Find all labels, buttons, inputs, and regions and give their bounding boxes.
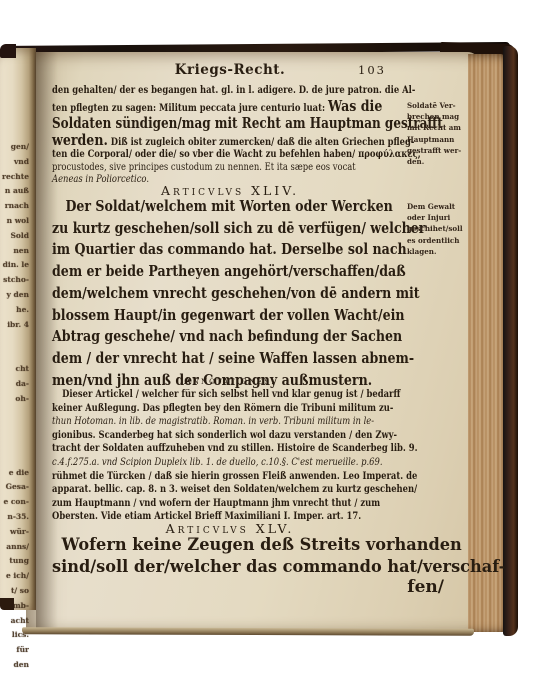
book-photo: gen/vndrechten außrnachn wolSoldnendin. … [0,0,548,700]
catchword: fen/ [52,577,444,597]
intro-line-segment: ten pflegten zu sagen: Militum peccata j… [52,103,328,114]
annotation-line-latin: c.4.f.275.a. vnd Scipion Dupleix lib. 1.… [52,456,351,470]
left-page-fragment: n auß [0,184,29,199]
annotation-line: zum Hauptmann / vnd wofern der Hauptmann… [52,497,351,511]
left-page-fragment: wür- [0,525,29,540]
left-page-fragment: Gesa- [0,480,29,495]
annotation-line-latin: thun Hotoman. in lib. de magistratib. Ro… [52,415,351,429]
annotation-line: Dieser Artickel / welcher für sich selbs… [52,388,351,402]
margin-note-line: klagen. [407,246,458,257]
left-page-fragment: y den [0,288,29,303]
margin-note-line: es ordentlich [407,235,458,246]
article-44-line: im Quartier das commando hat. Derselbe s… [52,239,351,261]
book-bottom-page-edge [22,627,474,636]
left-page-fragment: cht [0,362,29,377]
left-page-fragment: oh- [0,392,29,407]
left-page-fragment: anns/ [0,540,29,555]
left-page-fragment: e ich/ [0,569,29,584]
left-page-fragment [0,347,29,362]
margin-note-line: geschihet/soll [407,223,458,234]
left-page-fragment: rechte [0,170,29,185]
book-cover-left-bottom-corner [0,598,14,610]
left-page-fragment: tung [0,554,29,569]
intro-line: werden. Diß ist zugleich obiter zumercke… [52,133,351,148]
margin-note-line: Soldatẽ Ver- [407,100,458,111]
article-44-line: Der Soldat/welchem mit Worten oder Werck… [52,196,351,218]
annotations-body: Dieser Artickel / welcher für sich selbs… [52,388,408,524]
intro-line-segment-large: werden. [52,131,108,149]
annotations-heading: Annotationes. [52,376,408,387]
article-44-line: dem/welchem vnrecht geschehen/von dē and… [52,283,351,305]
intro-line-segment: Diß ist zugleich obiter zumercken/ daß d… [108,137,414,148]
annotation-line: tracht der Soldaten auffzuheben vnd zu s… [52,442,351,456]
left-page-fragment: e die [0,466,29,481]
page-header-title: Kriegs-Recht. [120,62,340,78]
left-page-fragment: he. An- [0,303,29,318]
book-cover-right-edge [503,46,518,636]
intro-paragraph: den gehalten/ der es begangen hat. gl. i… [52,84,408,187]
intro-line: ten die Corporal/ oder die/ so vber die … [52,148,351,162]
book-fore-edge-pages [468,54,506,632]
article-44-line: Abtrag geschehe/ vnd nach befindung der … [52,326,351,348]
left-page-fragment: vnd [0,155,29,170]
article-44-line: dem er beide Partheyen angehört/verschaf… [52,261,351,283]
left-page-fragment: stcho- [0,273,29,288]
intro-line: ten pflegten zu sagen: Militum peccata j… [52,98,351,114]
left-page-fragment: t/ so [0,584,29,599]
left-page-fragment [0,421,29,436]
annotation-line: keiner Außlegung. Das pflegten bey den R… [52,402,351,416]
margin-note-line: oder Injuri [407,212,458,223]
article-44-line: dem / der vnrecht hat / seine Waffen las… [52,348,351,370]
margin-note-line: brechen mag [407,111,458,122]
margin-note-line: Dem Gewalt [407,201,458,212]
left-page-fragment: nen [0,244,29,259]
intro-line-segment-large: Was die [328,97,382,115]
intro-line-latin: procustodes, sive principes custodum zu … [52,162,351,175]
left-page-fragment: gen/ [0,140,29,155]
left-page-fragment: e con- [0,495,29,510]
article-44-line: blossem Haupt/in gegenwart der vollen Wa… [52,305,351,327]
left-page-fragment: acht [0,614,29,629]
left-page-fragment: n wol [0,214,29,229]
article-45-body: Wofern keine Zeugen deß Streits vorhande… [52,534,462,578]
margin-note-soldier-crime: Soldatẽ Ver-brechen magmit Recht amHaupt… [407,100,461,167]
book-cover-left-top-corner [0,44,16,58]
intro-line: den gehalten/ der es begangen hat. gl. i… [52,84,351,98]
left-page-fragment: ibr. 4 [0,318,29,333]
left-page-fragment [0,451,29,466]
page-number: 103 [358,63,398,77]
left-page-fragment: da- [0,377,29,392]
margin-note-line: Hauptmann [407,134,458,145]
article-45-line: Wofern keine Zeugen deß Streits vorhande… [52,534,442,556]
article-44-line: zu kurtz geschehen/soll sich zu dē verfü… [52,218,351,240]
left-page-fragment [0,436,29,451]
left-page-fragment: n-35. [0,510,29,525]
left-page-fragment [0,406,29,421]
left-page-edge: gen/vndrechten außrnachn wolSoldnendin. … [0,48,36,610]
annotation-line: gionibus. Scanderbeg hat sich sonderlich… [52,429,351,443]
article-44-body: Der Soldat/welchem mit Worten oder Werck… [52,196,408,391]
annotation-line: apparat. bellic. cap. 8. n 3. weiset den… [52,483,351,497]
margin-note-line: den. [407,156,458,167]
margin-note-injury-complaint: Dem Gewaltoder Injurigeschihet/solles or… [407,201,461,257]
margin-note-line: gestrafft wer- [407,145,458,156]
left-page-fragment: den [0,658,29,673]
left-page-fragment: rnach [0,199,29,214]
left-page-fragment: Sold [0,229,29,244]
article-45-line: sind/soll der/welcher das commando hat/v… [52,556,442,578]
left-page-fragment: für [0,643,29,658]
left-page-fragment: din. le [0,258,29,273]
left-page-text-fragments: gen/vndrechten außrnachn wolSoldnendin. … [0,140,29,673]
left-page-fragment [0,332,29,347]
margin-note-line: mit Recht am [407,122,458,133]
annotation-line: rühmet die Türcken / daß sie hierin gros… [52,470,351,484]
